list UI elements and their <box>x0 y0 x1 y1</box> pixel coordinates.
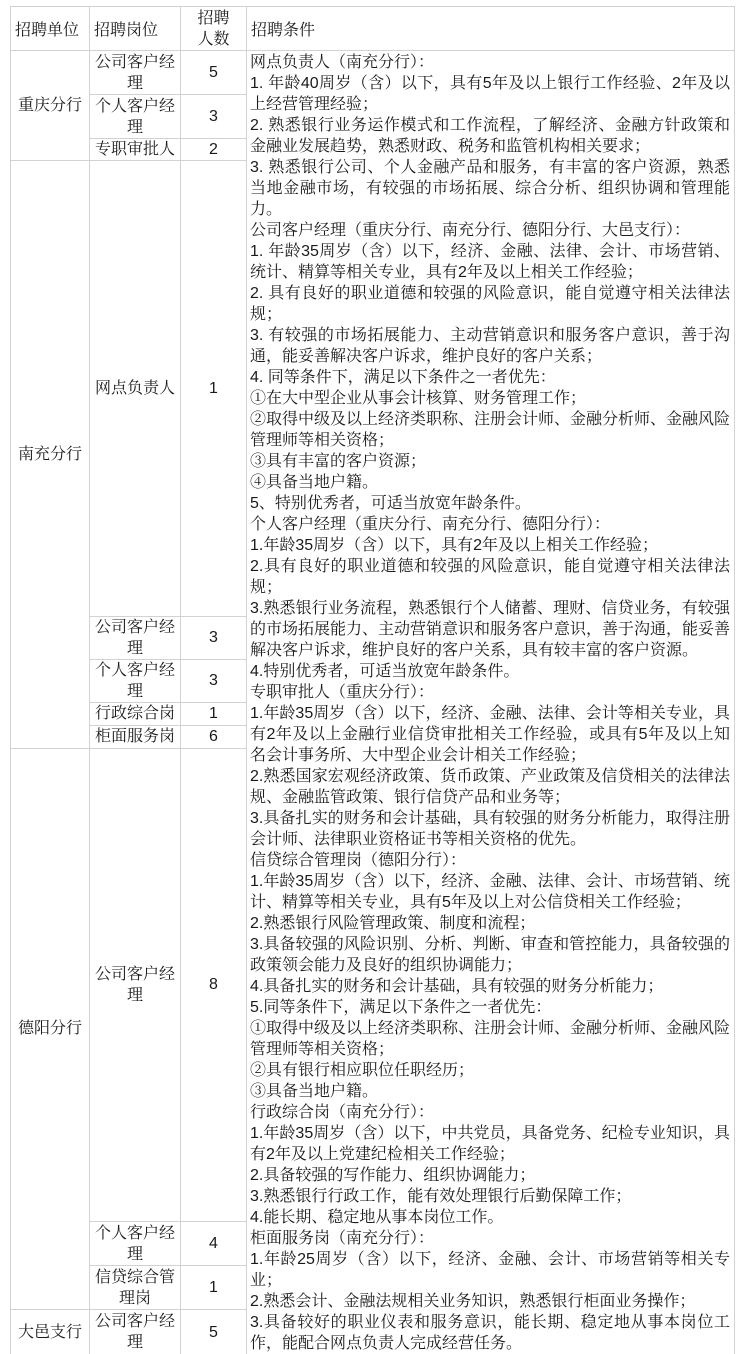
condition-line: 1.年龄35周岁（含）以下，经济、金融、法律、会计、市场营销、统计、精算等相关专… <box>250 871 730 913</box>
condition-line: 1. 年龄35周岁（含）以下，经济、金融、法律、会计、市场营销、统计、精算等相关… <box>250 241 730 283</box>
table-body: 重庆分行公司客户经理5网点负责人（南充分行）：1. 年龄40周岁（含）以下，具有… <box>11 51 735 1354</box>
position-cell: 专职审批人 <box>90 139 181 161</box>
conditions-cell: 网点负责人（南充分行）：1. 年龄40周岁（含）以下，具有5年及以上银行工作经验… <box>247 51 735 1354</box>
condition-line: 个人客户经理（重庆分行、南充分行、德阳分行）： <box>250 514 730 535</box>
condition-line: ②取得中级及以上经济类职称、注册会计师、金融分析师、金融风险管理师等相关资格； <box>250 409 730 451</box>
condition-line: 3.熟悉银行业务流程，熟悉银行个人储蓄、理财、信贷业务，有较强的市场拓展能力、主… <box>250 598 730 661</box>
condition-line: 3.具备扎实的财务和会计基础，具有较强的财务分析能力，取得注册会计师、法律职业资… <box>250 808 730 850</box>
condition-line: 网点负责人（南充分行）： <box>250 52 730 73</box>
unit-cell: 德阳分行 <box>11 748 90 1310</box>
count-cell: 5 <box>181 1310 247 1354</box>
condition-line: 公司客户经理（重庆分行、南充分行、德阳分行、大邑支行）： <box>250 220 730 241</box>
condition-line: ①取得中级及以上经济类职称、注册会计师、金融分析师、金融风险管理师等相关资格； <box>250 1018 730 1060</box>
condition-line: ①在大中型企业从事会计核算、财务管理工作； <box>250 388 730 409</box>
condition-line: 5、特别优秀者，可适当放宽年龄条件。 <box>250 493 730 514</box>
condition-line: 4. 同等条件下，满足以下条件之一者优先： <box>250 367 730 388</box>
header-unit: 招聘单位 <box>11 7 90 51</box>
condition-line: 4.特别优秀者，可适当放宽年龄条件。 <box>250 661 730 682</box>
condition-line: 行政综合岗（南充分行）： <box>250 1102 730 1123</box>
position-cell: 行政综合岗 <box>90 702 181 725</box>
count-cell: 3 <box>181 616 247 659</box>
condition-line: 5.同等条件下，满足以下条件之一者优先： <box>250 997 730 1018</box>
condition-line: 2.熟悉国家宏观经济政策、货币政策、产业政策及信贷相关的法律法规、金融监管政策、… <box>250 766 730 808</box>
condition-line: 2.具备较强的写作能力、组织协调能力； <box>250 1165 730 1186</box>
count-cell: 6 <box>181 725 247 748</box>
condition-line: ④具备当地户籍。 <box>250 472 730 493</box>
position-cell: 公司客户经理 <box>90 616 181 659</box>
condition-line: ③具备当地户籍。 <box>250 1081 730 1102</box>
condition-line: 4.具备扎实的财务和会计基础，具有较强的财务分析能力； <box>250 976 730 997</box>
condition-line: 专职审批人（重庆分行）： <box>250 682 730 703</box>
count-cell: 1 <box>181 702 247 725</box>
condition-line: 2. 熟悉银行业务运作模式和工作流程，了解经济、金融方针政策和金融业发展趋势，熟… <box>250 115 730 157</box>
condition-line: ③具有丰富的客户资源； <box>250 451 730 472</box>
count-cell: 1 <box>181 161 247 617</box>
condition-line: 2.熟悉会计、金融法规相关业务知识，熟悉银行柜面业务操作； <box>250 1291 730 1312</box>
condition-line: 1.年龄35周岁（含）以下，经济、金融、法律、会计等相关专业，具有2年及以上金融… <box>250 703 730 766</box>
count-cell: 1 <box>181 1266 247 1310</box>
unit-cell: 南充分行 <box>11 161 90 749</box>
condition-line: 1.年龄25周岁（含）以下，经济、金融、会计、市场营销等相关专业； <box>250 1249 730 1291</box>
header-row: 招聘单位 招聘岗位 招聘人数 招聘条件 <box>11 7 735 51</box>
condition-line: 3.具备较好的职业仪表和服务意识，能长期、稳定地从事本岗位工作，能配合网点负责人… <box>250 1312 730 1354</box>
position-cell: 个人客户经理 <box>90 1222 181 1266</box>
count-cell: 3 <box>181 659 247 702</box>
condition-line: 3. 有较强的市场拓展能力、主动营销意识和服务客户意识，善于沟通，能妥善解决客户… <box>250 325 730 367</box>
condition-line: 2.具有良好的职业道德和较强的风险意识，能自觉遵守相关法律法规； <box>250 556 730 598</box>
condition-line: 4.能长期、稳定地从事本岗位工作。 <box>250 1207 730 1228</box>
position-cell: 公司客户经理 <box>90 51 181 95</box>
condition-line: 1. 年龄40周岁（含）以下，具有5年及以上银行工作经验、2年及以上经营管理经验… <box>250 73 730 115</box>
condition-line: 3. 熟悉银行公司、个人金融产品和服务，有丰富的客户资源，熟悉当地金融市场，有较… <box>250 157 730 220</box>
condition-line: 2.熟悉银行风险管理政策、制度和流程； <box>250 913 730 934</box>
count-cell: 8 <box>181 748 247 1222</box>
unit-cell: 大邑支行 <box>11 1310 90 1354</box>
header-count: 招聘人数 <box>181 7 247 51</box>
position-cell: 信贷综合管理岗 <box>90 1266 181 1310</box>
count-cell: 5 <box>181 51 247 95</box>
header-position: 招聘岗位 <box>90 7 181 51</box>
position-cell: 个人客户经理 <box>90 95 181 139</box>
recruitment-table: 招聘单位 招聘岗位 招聘人数 招聘条件 重庆分行公司客户经理5网点负责人（南充分… <box>10 6 735 1354</box>
condition-line: ②具有银行相应职位任职经历； <box>250 1060 730 1081</box>
condition-line: 3.熟悉银行行政工作，能有效处理银行后勤保障工作； <box>250 1186 730 1207</box>
count-cell: 4 <box>181 1222 247 1266</box>
position-cell: 公司客户经理 <box>90 1310 181 1354</box>
count-cell: 3 <box>181 95 247 139</box>
position-cell: 柜面服务岗 <box>90 725 181 748</box>
condition-line: 2. 具有良好的职业道德和较强的风险意识，能自觉遵守相关法律法规； <box>250 283 730 325</box>
header-count-label: 招聘人数 <box>197 8 231 50</box>
condition-line: 1.年龄35周岁（含）以下，具有2年及以上相关工作经验； <box>250 535 730 556</box>
position-cell: 网点负责人 <box>90 161 181 617</box>
condition-line: 柜面服务岗（南充分行）： <box>250 1228 730 1249</box>
position-cell: 个人客户经理 <box>90 659 181 702</box>
condition-line: 信贷综合管理岗（德阳分行）： <box>250 850 730 871</box>
condition-line: 1.年龄35周岁（含）以下，中共党员，具备党务、纪检专业知识，具有2年及以上党建… <box>250 1123 730 1165</box>
header-conditions: 招聘条件 <box>247 7 735 51</box>
condition-line: 3.具备较强的风险识别、分析、判断、审查和管控能力，具备较强的政策领会能力及良好… <box>250 934 730 976</box>
count-cell: 2 <box>181 139 247 161</box>
unit-cell: 重庆分行 <box>11 51 90 161</box>
position-cell: 公司客户经理 <box>90 748 181 1222</box>
table-row: 重庆分行公司客户经理5网点负责人（南充分行）：1. 年龄40周岁（含）以下，具有… <box>11 51 735 95</box>
